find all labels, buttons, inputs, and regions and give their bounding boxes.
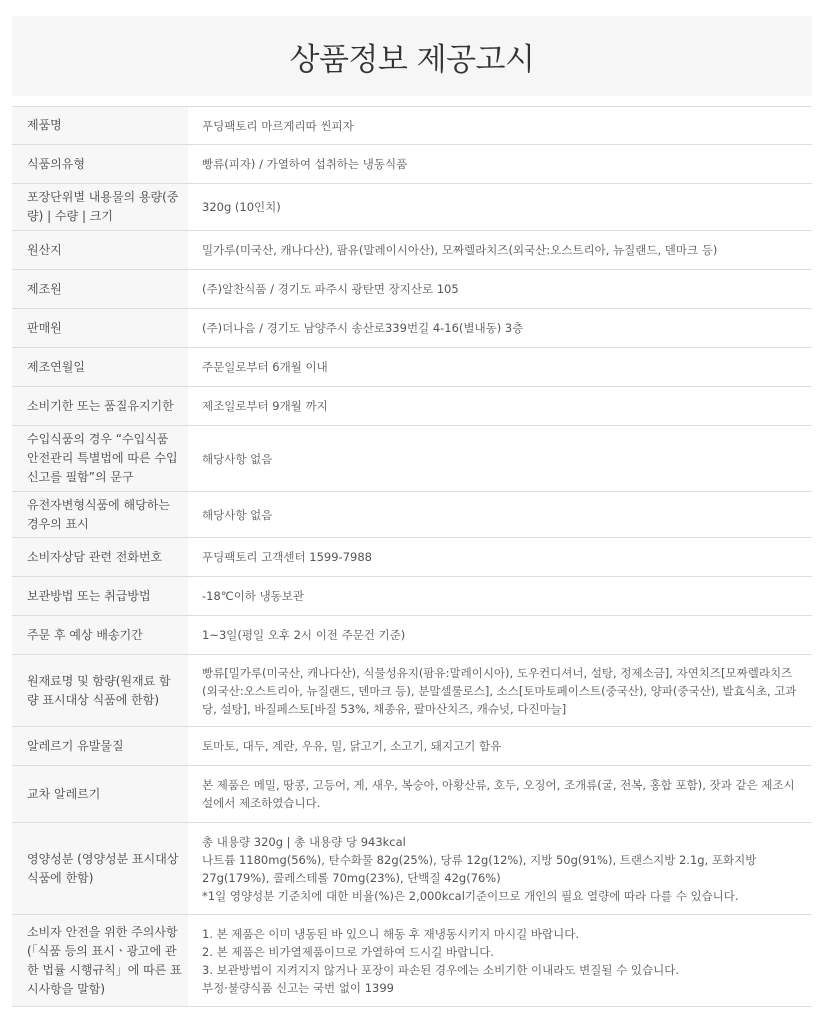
table-row: 교차 알레르기본 제품은 메밀, 땅콩, 고등어, 게, 새우, 복숭아, 아황… (12, 766, 812, 823)
value-line: 빵류[밀가루(미국산, 캐나다산), 식물성유지(팜유:말레이시아), 도우컨디… (202, 664, 802, 718)
table-row: 보관방법 또는 취급방법-18℃이하 냉동보관 (12, 577, 812, 616)
table-row: 수입식품의 경우 “수입식품 안전관리 특별법에 따른 수입신고를 필함”의 문… (12, 426, 812, 492)
row-label: 소비자 안전을 위한 주의사항 (「식품 등의 표시ㆍ광고에 관한 법률 시행규… (12, 915, 188, 1007)
row-value: 제조일로부터 9개월 까지 (188, 387, 812, 426)
row-value: 1. 본 제품은 이미 냉동된 바 있으니 해동 후 재냉동시키지 마시길 바랍… (188, 915, 812, 1007)
value-line: (주)알찬식품 / 경기도 파주시 광탄면 장지산로 105 (202, 280, 802, 298)
value-line: 해당사항 없음 (202, 506, 802, 524)
row-label: 원재료명 및 함량(원재료 함량 표시대상 식품에 한함) (12, 655, 188, 727)
table-row: 유전자변형식품에 해당하는 경우의 표시해당사항 없음 (12, 492, 812, 538)
row-value: 밀가루(미국산, 캐나다산), 팜유(말레이시아산), 모짜렐라치즈(외국산:오… (188, 231, 812, 270)
page-title: 상품정보 제공고시 (290, 34, 535, 79)
value-line: 나트륨 1180mg(56%), 탄수화물 82g(25%), 당류 12g(1… (202, 851, 802, 887)
row-label: 알레르기 유발물질 (12, 727, 188, 766)
value-line: (주)더나음 / 경기도 남양주시 송산로339번길 4-16(별내동) 3층 (202, 319, 802, 337)
value-line: 해당사항 없음 (202, 450, 802, 468)
row-value: (주)더나음 / 경기도 남양주시 송산로339번길 4-16(별내동) 3층 (188, 309, 812, 348)
row-label: 제조연월일 (12, 348, 188, 387)
row-value: 주문일로부터 6개월 이내 (188, 348, 812, 387)
row-value: -18℃이하 냉동보관 (188, 577, 812, 616)
product-info-table: 제품명푸딩팩토리 마르게리따 씬피자식품의유형빵류(피자) / 가열하여 섭취하… (12, 106, 812, 1007)
row-value: 푸딩팩토리 마르게리따 씬피자 (188, 107, 812, 145)
table-row: 소비기한 또는 품질유지기한제조일로부터 9개월 까지 (12, 387, 812, 426)
table-row: 제품명푸딩팩토리 마르게리따 씬피자 (12, 107, 812, 145)
value-line: *1일 영양성분 기준치에 대한 비율(%)은 2,000kcal기준이므로 개… (202, 887, 802, 905)
row-label: 식품의유형 (12, 145, 188, 184)
row-label: 제품명 (12, 107, 188, 145)
table-row: 식품의유형빵류(피자) / 가열하여 섭취하는 냉동식품 (12, 145, 812, 184)
value-line: 본 제품은 메밀, 땅콩, 고등어, 게, 새우, 복숭아, 아황산류, 호두,… (202, 776, 802, 812)
row-label: 제조원 (12, 270, 188, 309)
value-line: 3. 보관방법이 지켜지지 않거나 포장이 파손된 경우에는 소비기한 이내라도… (202, 961, 802, 979)
row-label: 소비자상담 관련 전화번호 (12, 538, 188, 577)
table-row: 제조연월일주문일로부터 6개월 이내 (12, 348, 812, 387)
row-value: 1~3일(평일 오후 2시 이전 주문건 기준) (188, 616, 812, 655)
row-value: 빵류[밀가루(미국산, 캐나다산), 식물성유지(팜유:말레이시아), 도우컨디… (188, 655, 812, 727)
value-line: 토마토, 대두, 계란, 우유, 밀, 닭고기, 소고기, 돼지고기 함유 (202, 737, 802, 755)
value-line: 푸딩팩토리 고객센터 1599-7988 (202, 548, 802, 566)
row-label: 보관방법 또는 취급방법 (12, 577, 188, 616)
value-line: 푸딩팩토리 마르게리따 씬피자 (202, 117, 802, 135)
table-row: 주문 후 예상 배송기간1~3일(평일 오후 2시 이전 주문건 기준) (12, 616, 812, 655)
table-row: 포장단위별 내용물의 용량(중량) | 수량 | 크기320g (10인치) (12, 184, 812, 231)
row-label: 유전자변형식품에 해당하는 경우의 표시 (12, 492, 188, 538)
row-value: 320g (10인치) (188, 184, 812, 231)
value-line: 총 내용량 320g | 총 내용량 당 943kcal (202, 833, 802, 851)
value-line: -18℃이하 냉동보관 (202, 587, 802, 605)
title-banner: 상품정보 제공고시 (12, 16, 812, 96)
value-line: 2. 본 제품은 비가열제품이므로 가열하여 드시길 바랍니다. (202, 943, 802, 961)
row-label: 포장단위별 내용물의 용량(중량) | 수량 | 크기 (12, 184, 188, 231)
row-value: 푸딩팩토리 고객센터 1599-7988 (188, 538, 812, 577)
row-value: 해당사항 없음 (188, 492, 812, 538)
value-line: 320g (10인치) (202, 198, 802, 216)
row-value: 본 제품은 메밀, 땅콩, 고등어, 게, 새우, 복숭아, 아황산류, 호두,… (188, 766, 812, 823)
table-row: 판매원(주)더나음 / 경기도 남양주시 송산로339번길 4-16(별내동) … (12, 309, 812, 348)
value-line: 주문일로부터 6개월 이내 (202, 358, 802, 376)
table-row: 소비자 안전을 위한 주의사항 (「식품 등의 표시ㆍ광고에 관한 법률 시행규… (12, 915, 812, 1007)
row-label: 소비기한 또는 품질유지기한 (12, 387, 188, 426)
table-row: 제조원(주)알찬식품 / 경기도 파주시 광탄면 장지산로 105 (12, 270, 812, 309)
row-value: 총 내용량 320g | 총 내용량 당 943kcal나트륨 1180mg(5… (188, 823, 812, 915)
table-row: 소비자상담 관련 전화번호푸딩팩토리 고객센터 1599-7988 (12, 538, 812, 577)
value-line: 밀가루(미국산, 캐나다산), 팜유(말레이시아산), 모짜렐라치즈(외국산:오… (202, 241, 802, 259)
row-value: 해당사항 없음 (188, 426, 812, 492)
row-label: 원산지 (12, 231, 188, 270)
row-value: (주)알찬식품 / 경기도 파주시 광탄면 장지산로 105 (188, 270, 812, 309)
value-line: 부정·불량식품 신고는 국번 없이 1399 (202, 979, 802, 997)
table-row: 알레르기 유발물질토마토, 대두, 계란, 우유, 밀, 닭고기, 소고기, 돼… (12, 727, 812, 766)
table-row: 영양성분 (영양성분 표시대상 식품에 한함)총 내용량 320g | 총 내용… (12, 823, 812, 915)
value-line: 빵류(피자) / 가열하여 섭취하는 냉동식품 (202, 155, 802, 173)
row-label: 판매원 (12, 309, 188, 348)
row-value: 빵류(피자) / 가열하여 섭취하는 냉동식품 (188, 145, 812, 184)
row-label: 수입식품의 경우 “수입식품 안전관리 특별법에 따른 수입신고를 필함”의 문… (12, 426, 188, 492)
value-line: 1~3일(평일 오후 2시 이전 주문건 기준) (202, 626, 802, 644)
value-line: 제조일로부터 9개월 까지 (202, 397, 802, 415)
row-label: 주문 후 예상 배송기간 (12, 616, 188, 655)
row-label: 교차 알레르기 (12, 766, 188, 823)
table-row: 원산지밀가루(미국산, 캐나다산), 팜유(말레이시아산), 모짜렐라치즈(외국… (12, 231, 812, 270)
table-row: 원재료명 및 함량(원재료 함량 표시대상 식품에 한함)빵류[밀가루(미국산,… (12, 655, 812, 727)
value-line: 1. 본 제품은 이미 냉동된 바 있으니 해동 후 재냉동시키지 마시길 바랍… (202, 925, 802, 943)
row-label: 영양성분 (영양성분 표시대상 식품에 한함) (12, 823, 188, 915)
row-value: 토마토, 대두, 계란, 우유, 밀, 닭고기, 소고기, 돼지고기 함유 (188, 727, 812, 766)
